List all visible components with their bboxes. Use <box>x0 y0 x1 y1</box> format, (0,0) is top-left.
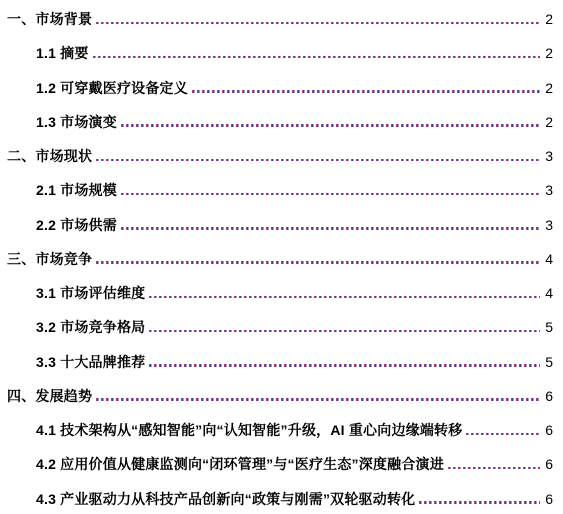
toc-entry-label: 三、市场竞争 <box>7 249 92 269</box>
toc-entry-page: 4 <box>545 285 553 301</box>
toc-entry-label: 4.3 产业驱动力从科技产品创新向“政策与刚需”双轮驱动转化 <box>36 489 415 509</box>
table-of-contents: 一、市场背景 2 1.1 摘要 2 1.2 可穿戴医疗设备定义 2 1.3 市场… <box>0 0 563 514</box>
toc-entry-label: 1.2 可穿戴医疗设备定义 <box>36 78 188 98</box>
dotted-leader <box>149 364 540 367</box>
toc-entry-page: 3 <box>545 217 553 233</box>
toc-entry-3-1[interactable]: 3.1 市场评估维度 4 <box>7 274 553 308</box>
toc-entry-page: 3 <box>545 182 553 198</box>
toc-entry-section-4[interactable]: 四、发展趋势 6 <box>7 377 553 411</box>
toc-entry-page: 3 <box>545 148 553 164</box>
toc-entry-page: 2 <box>545 11 553 27</box>
dotted-leader <box>96 398 540 401</box>
dotted-leader <box>121 124 540 127</box>
dotted-leader <box>192 90 540 93</box>
toc-entry-label: 3.1 市场评估维度 <box>36 283 145 303</box>
toc-entry-page: 6 <box>545 491 553 507</box>
toc-entry-1-2[interactable]: 1.2 可穿戴医疗设备定义 2 <box>7 69 553 103</box>
dotted-leader <box>96 159 540 162</box>
toc-entry-page: 6 <box>545 456 553 472</box>
toc-entry-page: 5 <box>545 354 553 370</box>
toc-entry-page: 5 <box>545 319 553 335</box>
toc-entry-label: 二、市场现状 <box>7 146 92 166</box>
toc-entry-4-1[interactable]: 4.1 技术架构从“感知智能”向“认知智能”升级，AI 重心向边缘端转移 6 <box>7 411 553 445</box>
dotted-leader <box>96 261 540 264</box>
dotted-leader <box>121 227 540 230</box>
toc-entry-page: 2 <box>545 114 553 130</box>
toc-entry-1-1[interactable]: 1.1 摘要 2 <box>7 34 553 68</box>
toc-entry-page: 6 <box>545 422 553 438</box>
toc-entry-1-3[interactable]: 1.3 市场演变 2 <box>7 103 553 137</box>
toc-entry-label: 2.2 市场供需 <box>36 215 117 235</box>
toc-entry-label: 1.3 市场演变 <box>36 112 117 132</box>
toc-entry-label: 四、发展趋势 <box>7 386 92 406</box>
dotted-leader <box>149 296 540 299</box>
toc-entry-page: 4 <box>545 251 553 267</box>
toc-entry-label: 一、市场背景 <box>7 9 92 29</box>
toc-entry-label: 3.3 十大品牌推荐 <box>36 352 145 372</box>
toc-entry-label: 3.2 市场竞争格局 <box>36 317 145 337</box>
toc-entry-2-2[interactable]: 2.2 市场供需 3 <box>7 206 553 240</box>
dotted-leader <box>121 193 540 196</box>
dotted-leader <box>466 433 540 436</box>
toc-entry-section-1[interactable]: 一、市场背景 2 <box>7 0 553 34</box>
dotted-leader <box>149 330 540 333</box>
toc-entry-section-3[interactable]: 三、市场竞争 4 <box>7 240 553 274</box>
dotted-leader <box>419 501 540 504</box>
toc-entry-section-2[interactable]: 二、市场现状 3 <box>7 137 553 171</box>
toc-entry-page: 2 <box>545 45 553 61</box>
toc-entry-3-3[interactable]: 3.3 十大品牌推荐 5 <box>7 343 553 377</box>
dotted-leader <box>93 56 540 59</box>
dotted-leader <box>96 22 540 25</box>
toc-entry-label: 4.2 应用价值从健康监测向“闭环管理”与“医疗生态”深度融合演进 <box>36 454 444 474</box>
toc-entry-label: 4.1 技术架构从“感知智能”向“认知智能”升级，AI 重心向边缘端转移 <box>36 420 462 440</box>
toc-entry-label: 2.1 市场规模 <box>36 180 117 200</box>
toc-entry-page: 6 <box>545 388 553 404</box>
dotted-leader <box>448 467 540 470</box>
toc-entry-3-2[interactable]: 3.2 市场竞争格局 5 <box>7 308 553 342</box>
toc-entry-2-1[interactable]: 2.1 市场规模 3 <box>7 171 553 205</box>
toc-entry-page: 2 <box>545 80 553 96</box>
toc-entry-4-3[interactable]: 4.3 产业驱动力从科技产品创新向“政策与刚需”双轮驱动转化 6 <box>7 480 553 514</box>
toc-entry-label: 1.1 摘要 <box>36 43 89 63</box>
toc-entry-4-2[interactable]: 4.2 应用价值从健康监测向“闭环管理”与“医疗生态”深度融合演进 6 <box>7 445 553 479</box>
